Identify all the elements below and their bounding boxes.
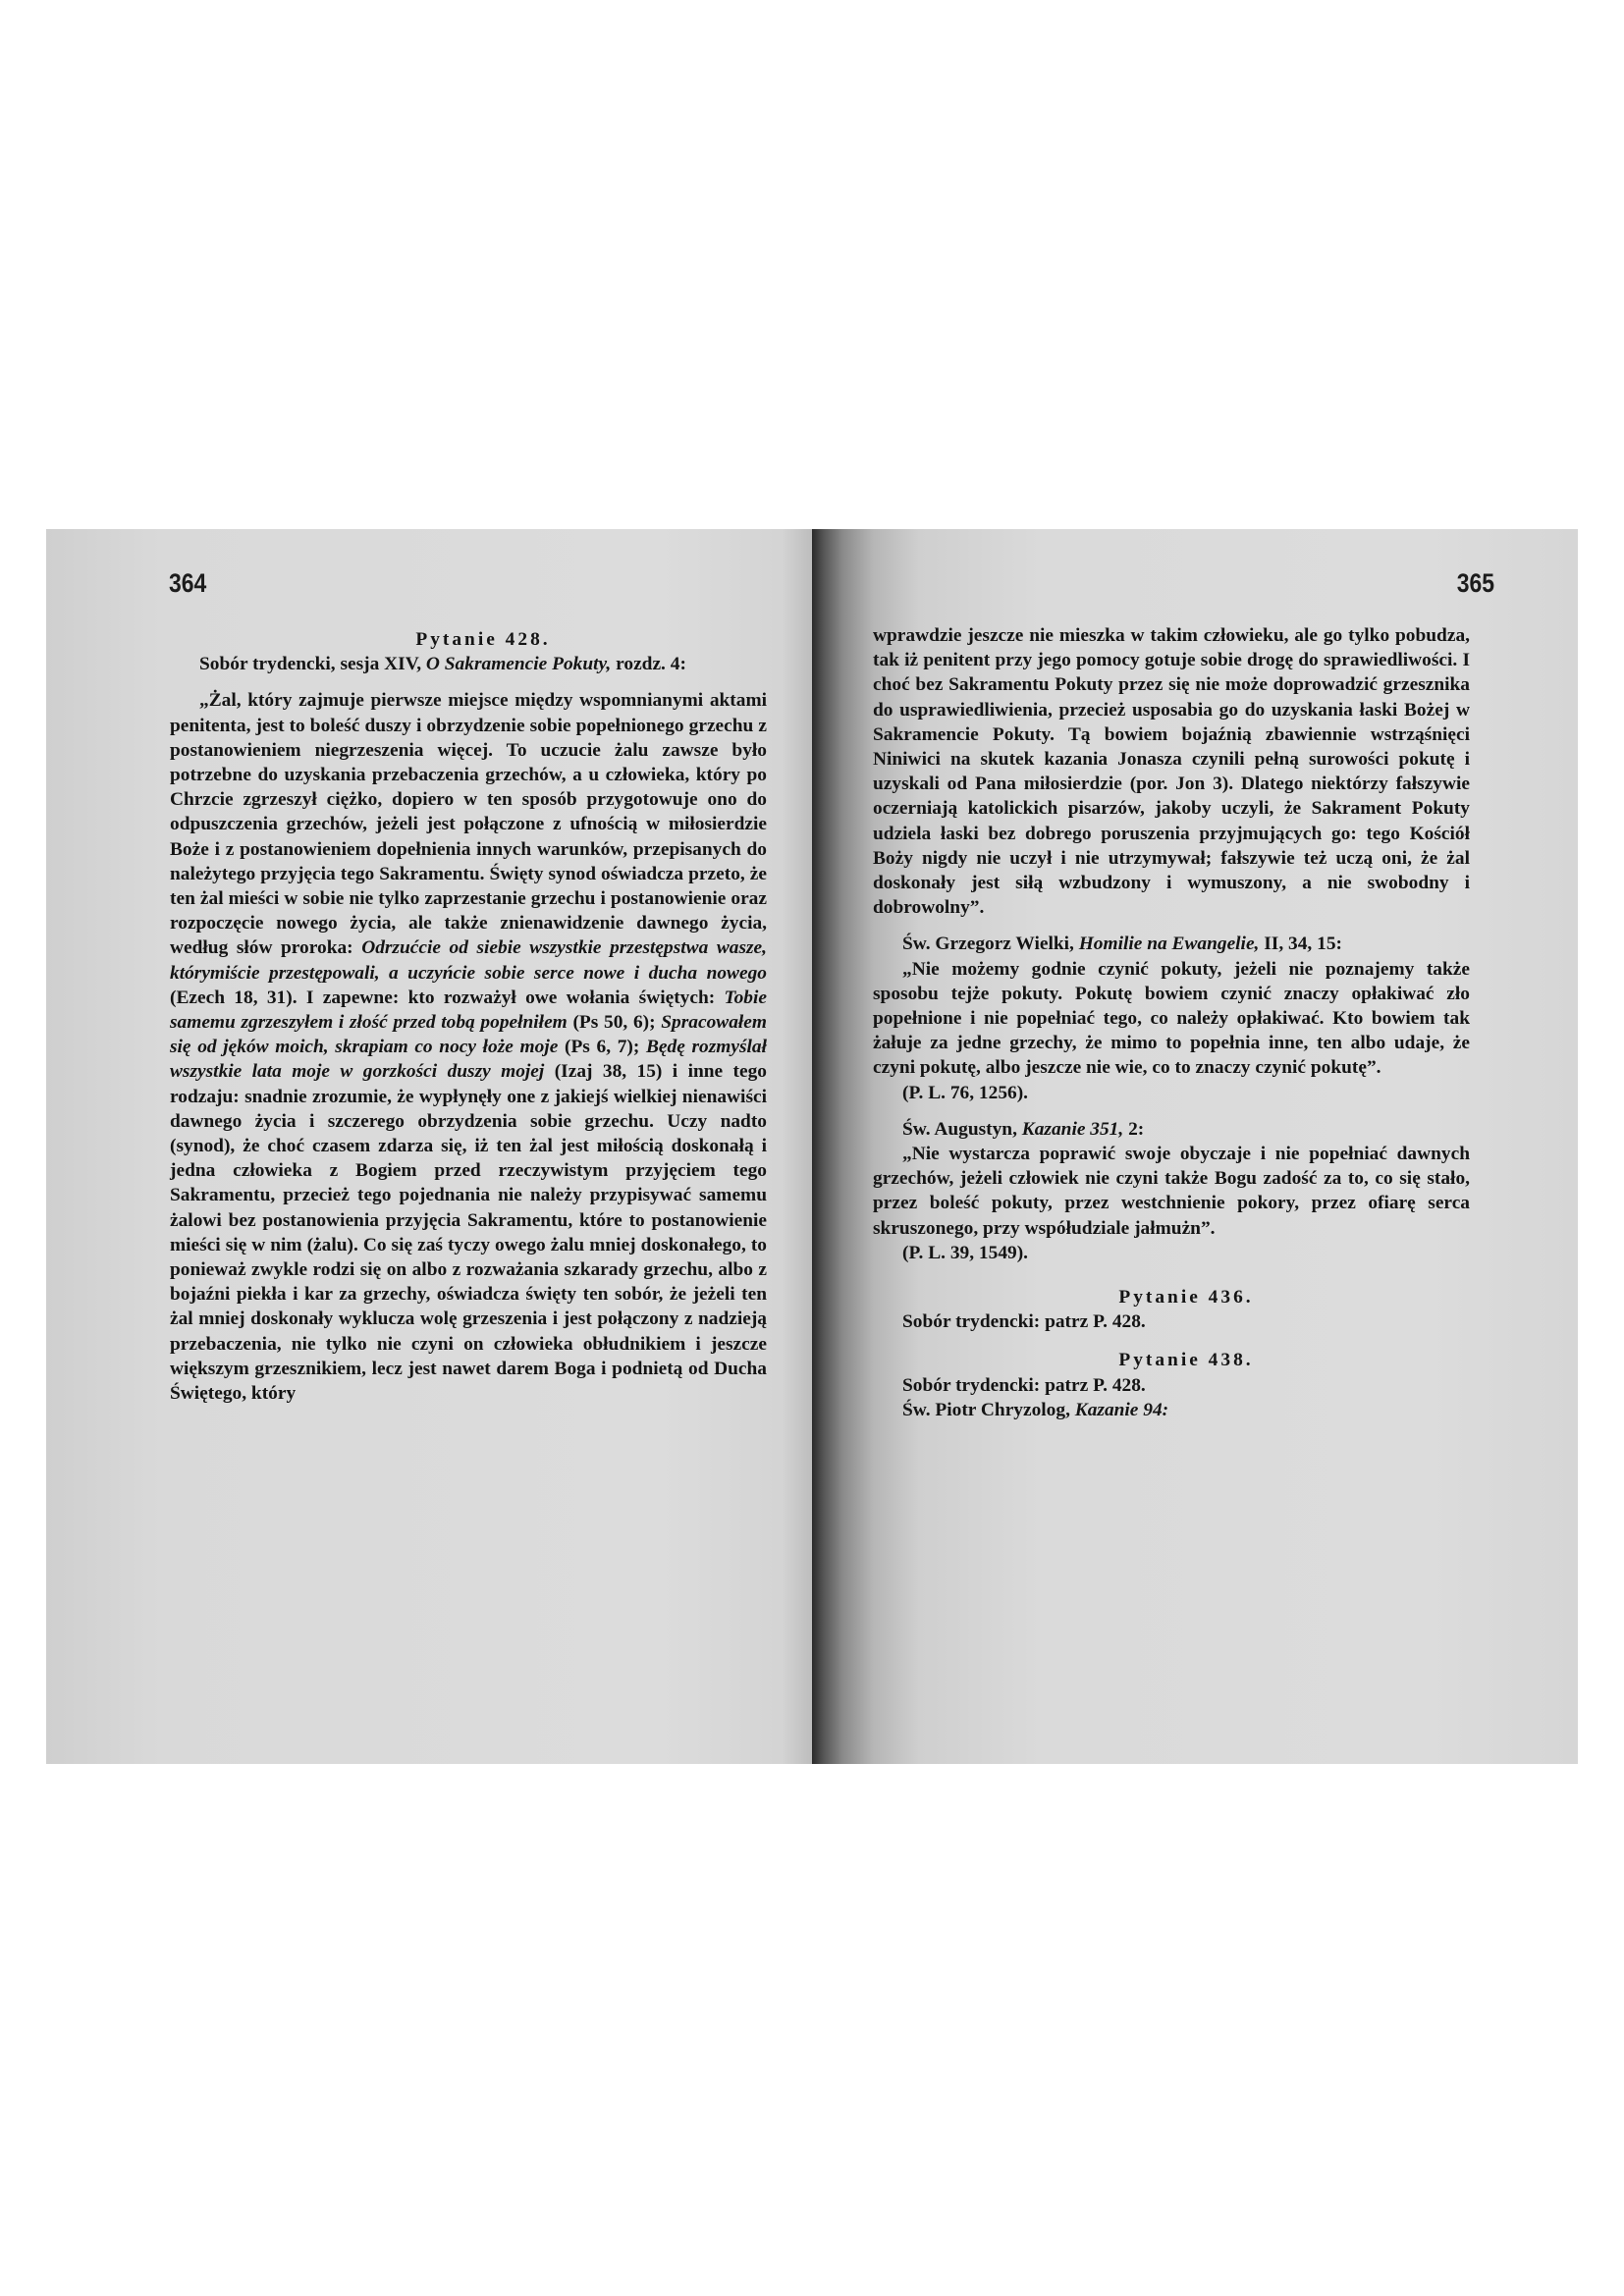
gregory-quote: „Nie możemy godnie czynić pokuty, jeżeli… [873, 957, 1470, 1081]
question-heading-438: Pytanie 438. [873, 1348, 1470, 1372]
right-page-text: wprawdzie jeszcze nie mieszka w takim cz… [873, 623, 1470, 1422]
gregory-reference: (P. L. 76, 1256). [873, 1081, 1470, 1105]
council-quote: „Żal, który zajmuje pierwsze miejsce mię… [170, 688, 767, 1406]
quote-continuation: wprawdzie jeszcze nie mieszka w takim cz… [873, 623, 1470, 920]
question-heading-436: Pytanie 436. [873, 1285, 1470, 1309]
page-number-left: 364 [169, 568, 206, 599]
left-page-text: Pytanie 428. Sobór trydencki, sesja XIV,… [170, 627, 767, 1406]
source-title: O Sakramencie Pokuty, [426, 654, 611, 674]
augustine-citation: Św. Augustyn, Kazanie 351, 2: [873, 1117, 1470, 1142]
chrysologus-citation: Św. Piotr Chryzolog, Kazanie 94: [873, 1398, 1470, 1422]
left-page: 364 Pytanie 428. Sobór trydencki, sesja … [46, 529, 812, 1764]
augustine-quote: „Nie wystarcza poprawić swoje obyczaje i… [873, 1142, 1470, 1241]
q436-reference: Sobór trydencki: patrz P. 428. [873, 1309, 1470, 1334]
book-scan: 364 Pytanie 428. Sobór trydencki, sesja … [46, 529, 1578, 1764]
page-number-right: 365 [1457, 568, 1494, 599]
gregory-citation: Św. Grzegorz Wielki, Homilie na Ewangeli… [873, 932, 1470, 956]
question-heading-428: Pytanie 428. [170, 627, 767, 652]
q438-reference: Sobór trydencki: patrz P. 428. [873, 1373, 1470, 1398]
right-page: 365 wprawdzie jeszcze nie mieszka w taki… [812, 529, 1578, 1764]
augustine-reference: (P. L. 39, 1549). [873, 1241, 1470, 1265]
source-citation: Sobór trydencki, sesja XIV, O Sakramenci… [170, 652, 767, 676]
